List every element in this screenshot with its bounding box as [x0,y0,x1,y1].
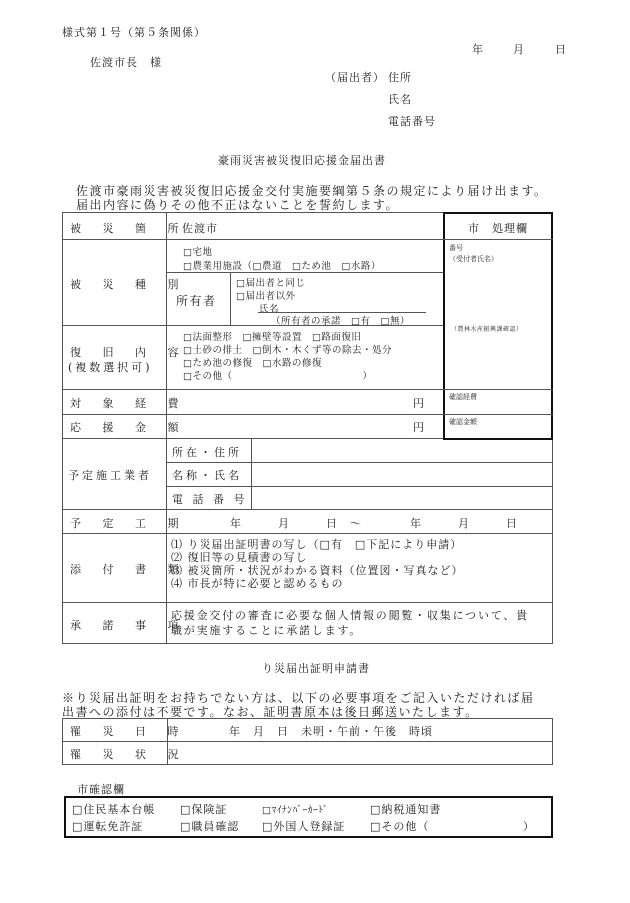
row-divider [62,389,443,390]
confirm-other-close: ） [523,818,535,834]
restoration-multiselect-note: (複数選択可) [68,359,153,375]
location-value[interactable]: 佐渡市 [182,220,218,236]
panel-divider [443,389,553,390]
contractor-row-divider [166,462,553,463]
attachments-list: ⑴ り災届出証明書の写し（□有 □下記により申請） ⑵ 復旧等の見積書の写し ⑶… [171,538,464,590]
dept-check-label: （農林水産振興課確認） [451,324,523,333]
confirm-other[interactable]: □その他（ [370,818,429,834]
contractor-name-label: 名称・氏名 [172,467,242,483]
confirm-insurance-card[interactable]: □保険証 [180,801,227,817]
damage-option-residential[interactable]: □宅地 [183,244,212,258]
restoration-option-row[interactable]: □ため池の修復 □水路の修復 [183,357,392,370]
row-divider [62,509,553,510]
row-divider [62,239,443,240]
row-divider [62,741,553,742]
receiver-label: （受付者氏名） [449,254,498,264]
confirm-resident-registry[interactable]: □住民基本台帳 [72,801,155,817]
damage-subdivider [166,272,443,273]
restoration-option-row[interactable]: □土砂の排土 □倒木・木くず等の除去・処分 [183,344,392,357]
disaster-datetime-label: 罹 災 日 時 [70,723,188,739]
consent-label: 承 諾 事 項 [70,617,188,633]
row-divider [62,533,553,534]
contractor-address-label: 所在・住所 [172,444,242,460]
contractor-row-divider [166,486,553,487]
document-title: 豪雨災害被災復旧応援金届出書 [218,152,386,168]
attachment-item[interactable]: ⑴ り災届出証明書の写し（□有 □下記により申請） [171,538,464,551]
attachment-item: ⑵ 復旧等の見積書の写し [171,551,464,564]
restoration-options: □法面整形 □擁壁等設置 □路面復旧 □土砂の排土 □倒木・木くず等の除去・処分… [183,331,392,383]
owner-consent[interactable]: （所有者の承諾 □有 □無） [271,313,410,327]
date-month: 月 [513,41,525,57]
consent-line-1: 応援金交付の審査に必要な個人情報の閲覧・収集について、貴 [171,607,529,623]
city-panel-title: 市 処理欄 [468,220,528,236]
name-label: 氏名 [388,91,412,107]
confirmed-amount-label: 確認金額 [449,417,477,427]
owner-other-checkbox[interactable]: □届出者以外 [236,288,295,302]
date-day: 日 [555,41,567,57]
contractor-phone-label: 電 話 番 号 [172,491,248,507]
panel-divider [443,239,553,240]
attachment-item: ⑷ 市長が特に必要と認めるもの [171,577,464,590]
target-cost-unit: 円 [413,395,425,411]
disaster-status-label: 罹 災 状 況 [70,746,188,762]
applicant-label: （届出者） [325,69,385,85]
attachment-item: ⑶ 被災箇所・状況がわかる資料（位置図・写真など） [171,564,464,577]
period-label: 予 定 工 期 [70,515,188,531]
confirm-mynumber-card[interactable]: □ﾏｲﾅﾝﾊﾞｰｶｰﾄﾞ [262,802,328,816]
location-label: 被 災 箇 所 [70,220,188,236]
target-cost-label: 対 象 経 費 [70,395,188,411]
restoration-option-other[interactable]: □その他（ ） [183,370,392,383]
attachments-label: 添 付 書 類 [70,561,188,577]
intro-line-2: 届出内容に偽りその他不正はないことを誓約します。 [76,196,399,213]
row-divider [62,602,553,603]
form-number: 様式第１号（第５条関係） [62,24,206,40]
owner-same-checkbox[interactable]: □届出者と同じ [236,275,305,289]
damage-option-agri-facility[interactable]: □農業用施設（□農道 □ため池 □水路） [183,258,381,272]
restoration-option-row[interactable]: □法面整形 □擁壁等設置 □路面復旧 [183,331,392,344]
row-divider [62,414,443,415]
city-confirm-title: 市確認欄 [77,781,125,797]
support-amount-label: 応 援 金 額 [70,419,188,435]
owner-divider [230,272,231,325]
phone-label: 電話番号 [388,113,436,129]
number-label: 番号 [449,243,463,253]
disaster-cert-title: り災届出証明申請書 [262,660,370,676]
confirm-alien-registration[interactable]: □外国人登録証 [262,818,345,834]
addressee: 佐渡市長 様 [90,54,162,70]
contractor-label: 予定施工業者 [68,467,152,483]
support-amount-unit: 円 [413,419,425,435]
damage-type-label: 被 災 種 別 [70,276,188,292]
confirm-drivers-license[interactable]: □運転免許証 [72,818,143,834]
date-year: 年 [472,41,484,57]
panel-divider [443,414,553,415]
owner-label: 所有者 [176,292,217,309]
confirm-tax-notice[interactable]: □納税通知書 [370,801,441,817]
consent-line-2: 職が実施することに承諾します。 [171,622,362,638]
restoration-label: 復 旧 内 容 [70,344,188,360]
disaster-datetime-value[interactable]: 年 月 日 未明・午前・午後 時頃 [229,723,433,739]
confirmed-cost-label: 確認経費 [449,392,477,402]
confirm-staff-check[interactable]: □職員確認 [180,818,239,834]
period-value[interactable]: 年 月 日 ～ 年 月 日 [230,515,518,531]
address-label: 住所 [388,69,412,85]
contractor-divider [251,438,252,509]
